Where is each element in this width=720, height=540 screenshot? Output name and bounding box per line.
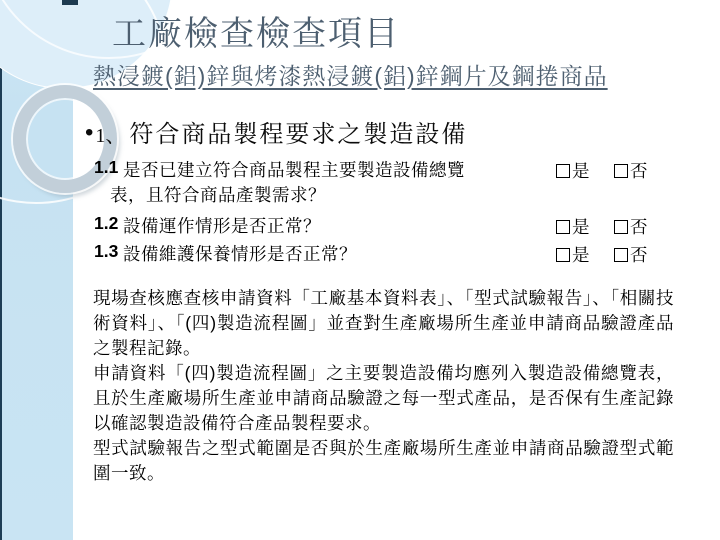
yes-label: 是 bbox=[572, 217, 590, 237]
no-checkbox[interactable] bbox=[614, 164, 628, 178]
section-number: 1、 bbox=[95, 125, 125, 147]
checkbox-group-no: 否 bbox=[614, 214, 648, 239]
yes-checkbox[interactable] bbox=[556, 220, 570, 234]
section-heading-text: 符合商品製程要求之製造設備 bbox=[129, 121, 467, 148]
checklist-item-text-line1: 設備維護保養情形是否正常？ bbox=[123, 241, 357, 266]
yes-checkbox[interactable] bbox=[556, 248, 570, 262]
yes-checkbox[interactable] bbox=[556, 164, 570, 178]
no-checkbox[interactable] bbox=[614, 248, 628, 262]
checklist-item-text-line2: 表，且符合商品產製需求？ bbox=[110, 182, 326, 207]
corner-accent-bar bbox=[62, 0, 78, 5]
yes-label: 是 bbox=[572, 245, 590, 265]
sidebar-decoration bbox=[0, 0, 73, 540]
audit-notes-block: 現場查核應查核申請資料「工廠基本資料表」、「型式試驗報告」、「相關技術資料」、「… bbox=[93, 286, 674, 486]
checkbox-group-no: 否 bbox=[614, 158, 648, 183]
checkbox-group-yes: 是 bbox=[556, 242, 590, 267]
no-label: 否 bbox=[630, 245, 648, 265]
presentation-slide: 工廠檢查檢查項目 熱浸鍍(鋁)鋅與烤漆熱浸鍍(鋁)鋅鋼片及鋼捲商品 •1、符合商… bbox=[0, 0, 720, 540]
no-label: 否 bbox=[630, 161, 648, 181]
checklist-item-number: 1.3 bbox=[94, 241, 118, 262]
checklist-item-number: 1.1 bbox=[94, 157, 118, 178]
checklist-item-text-line1: 設備運作情形是否正常？ bbox=[123, 213, 321, 238]
no-label: 否 bbox=[630, 217, 648, 237]
checklist-item-text-line1: 是否已建立符合商品製程主要製造設備總覽 bbox=[123, 157, 465, 182]
slide-title: 工廠檢查檢查項目 bbox=[112, 6, 400, 55]
note-paragraph: 現場查核應查核申請資料「工廠基本資料表」、「型式試驗報告」、「相關技術資料」、「… bbox=[93, 286, 674, 361]
section-heading: •1、符合商品製程要求之製造設備 bbox=[85, 114, 467, 149]
note-paragraph: 型式試驗報告之型式範圍是否與於生產廠場所生產並申請商品驗證型式範圍一致。 bbox=[93, 436, 674, 486]
bullet-icon: • bbox=[85, 119, 93, 146]
checkbox-group-yes: 是 bbox=[556, 214, 590, 239]
checkbox-group-no: 否 bbox=[614, 242, 648, 267]
checkbox-group-yes: 是 bbox=[556, 158, 590, 183]
note-paragraph: 申請資料「(四)製造流程圖」之主要製造設備均應列入製造設備總覽表，且於生產廠場所… bbox=[93, 361, 674, 436]
checklist-item-number: 1.2 bbox=[94, 213, 118, 234]
slide-subtitle: 熱浸鍍(鋁)鋅與烤漆熱浸鍍(鋁)鋅鋼片及鋼捲商品 bbox=[93, 58, 608, 91]
no-checkbox[interactable] bbox=[614, 220, 628, 234]
yes-label: 是 bbox=[572, 161, 590, 181]
